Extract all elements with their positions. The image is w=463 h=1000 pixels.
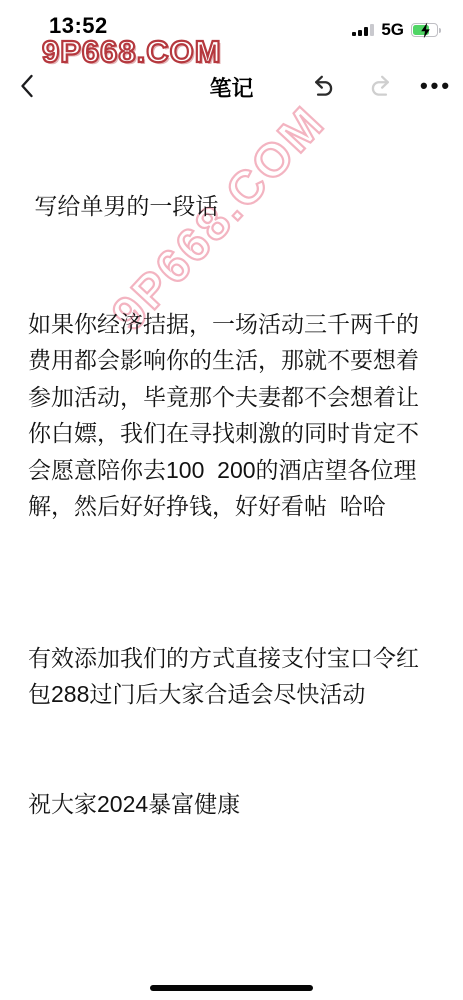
network-type-label: 5G bbox=[381, 20, 404, 40]
redo-button[interactable] bbox=[363, 69, 397, 103]
redo-icon bbox=[367, 73, 393, 99]
note-title-line: 写给单男的一段话 bbox=[28, 188, 437, 225]
cellular-signal-icon bbox=[352, 24, 374, 36]
home-indicator[interactable] bbox=[150, 985, 313, 991]
notes-app-screen: 13:52 5G 9P668.COM 9P668.COM 笔记 bbox=[0, 0, 463, 1000]
note-paragraph: 有效添加我们的方式直接支付宝口令红包288过门后大家合适会尽快活动 bbox=[28, 640, 437, 713]
status-icons: 5G bbox=[352, 20, 441, 40]
battery-icon bbox=[411, 23, 438, 37]
undo-button[interactable] bbox=[307, 69, 341, 103]
note-paragraph: 如果你经济拮据，一场活动三千两千的费用都会影响你的生活，那就不要想着参加活动，毕… bbox=[28, 306, 437, 525]
charging-bolt-icon bbox=[418, 22, 433, 39]
nav-bar: 笔记 ••• bbox=[0, 64, 463, 106]
more-icon: ••• bbox=[420, 75, 452, 97]
note-editor[interactable]: 写给单男的一段话 如果你经济拮据，一场活动三千两千的费用都会影响你的生活，那就不… bbox=[0, 106, 463, 980]
undo-icon bbox=[311, 73, 337, 99]
note-paragraph: 祝大家2024暴富健康 bbox=[28, 786, 437, 823]
more-button[interactable]: ••• bbox=[419, 69, 453, 103]
nav-actions: ••• bbox=[307, 69, 453, 103]
